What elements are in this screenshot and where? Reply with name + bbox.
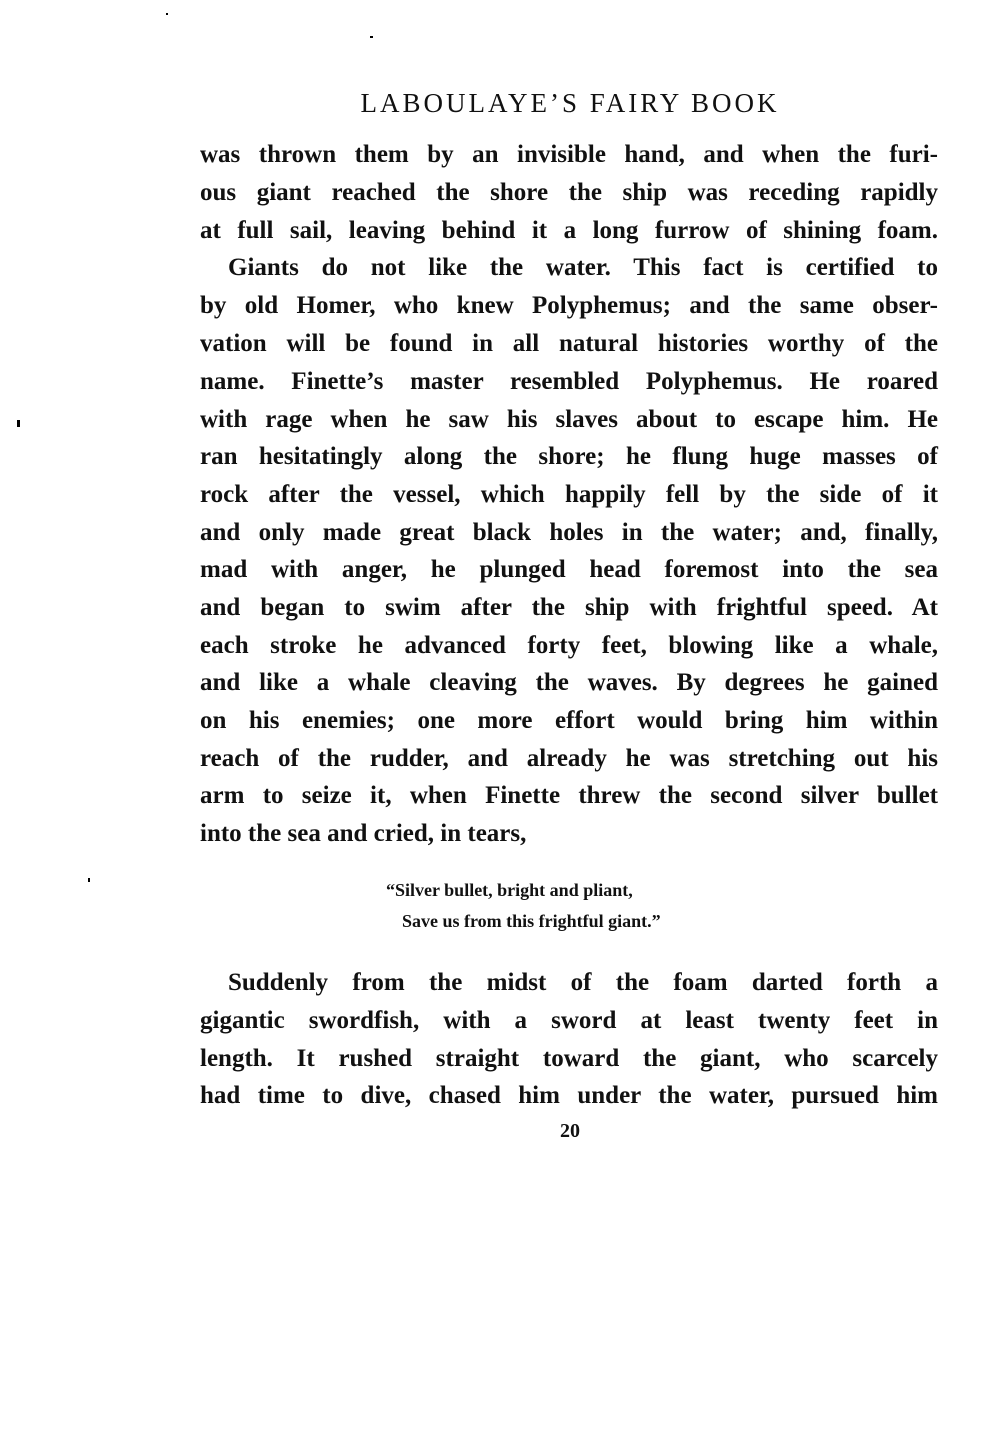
text-line: each stroke he advanced forty feet, blow… — [200, 627, 938, 665]
text-line: mad with anger, he plunged head foremost… — [200, 551, 938, 589]
text-line: into the sea and cried, in tears, — [200, 815, 938, 853]
running-head: LABOULAYE’S FAIRY BOOK — [200, 88, 940, 119]
scan-speck — [17, 420, 20, 427]
text-line: and began to swim after the ship with fr… — [200, 589, 938, 627]
text-line: had time to dive, chased him under the w… — [200, 1077, 938, 1115]
text-line: arm to seize it, when Finette threw the … — [200, 777, 938, 815]
page-number: 20 — [200, 1120, 940, 1143]
text-line: rock after the vessel, which happily fel… — [200, 476, 938, 514]
text-line: name. Finette’s master resembled Polyphe… — [200, 363, 938, 401]
text-line: gigantic swordfish, with a sword at leas… — [200, 1002, 938, 1040]
verse-line: “Silver bullet, bright and pliant, — [386, 876, 633, 904]
text-line: and like a whale cleaving the waves. By … — [200, 664, 938, 702]
text-line: Giants do not like the water. This fact … — [228, 249, 938, 287]
book-page: LABOULAYE’S FAIRY BOOK was thrown them b… — [0, 0, 993, 1430]
text-line: reach of the rudder, and already he was … — [200, 740, 938, 778]
text-line: ran hesitatingly along the shore; he flu… — [200, 438, 938, 476]
verse-line: Save us from this frightful giant.” — [402, 907, 661, 935]
scan-speck — [88, 878, 90, 882]
text-line: ous giant reached the shore the ship was… — [200, 174, 938, 212]
scan-speck — [166, 13, 168, 15]
text-line: was thrown them by an invisible hand, an… — [200, 136, 938, 174]
text-line: Suddenly from the midst of the foam dart… — [228, 964, 938, 1002]
text-line: on his enemies; one more effort would br… — [200, 702, 938, 740]
text-line: at full sail, leaving behind it a long f… — [200, 212, 938, 250]
text-line: and only made great black holes in the w… — [200, 514, 938, 552]
scan-speck — [370, 36, 373, 38]
text-line: with rage when he saw his slaves about t… — [200, 401, 938, 439]
text-line: by old Homer, who knew Polyphemus; and t… — [200, 287, 938, 325]
text-line: length. It rushed straight toward the gi… — [200, 1040, 938, 1078]
text-line: vation will be found in all natural hist… — [200, 325, 938, 363]
